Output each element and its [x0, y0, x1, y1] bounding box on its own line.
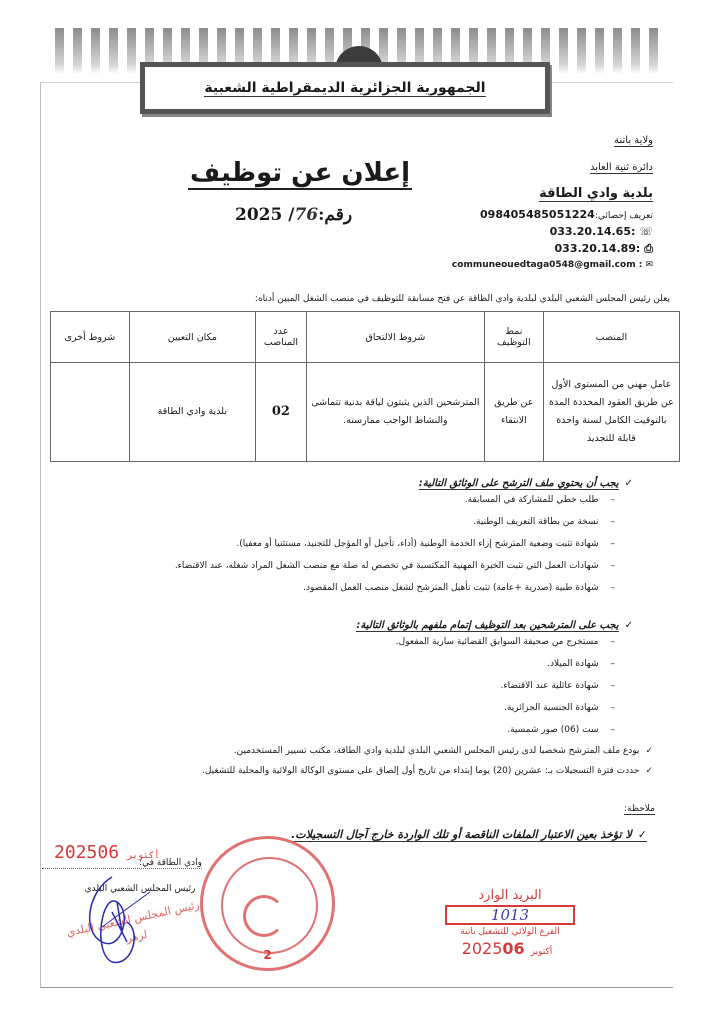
cell-conditions: المترشحين الذين يثبتون لياقة بدنية تتماش… [306, 363, 484, 462]
mail-stamp-number: 1013 [445, 905, 575, 925]
republic-banner: الجمهورية الجزائرية الديمقراطية الشعبية [140, 62, 550, 114]
post-hire-docs-heading: يجب على المترشحين بعد التوظيف إتمام ملفه… [356, 620, 618, 632]
col-location: مكان التعيين [129, 312, 255, 363]
page-title: إعلان عن توظيف [185, 158, 415, 188]
cell-location: بلدية وادي الطاقة [129, 363, 255, 462]
issuer-block: ولاية باتنة دائرة ثنية العابد بلدية وادي… [433, 128, 653, 274]
stat-id: 098405485051224 [480, 208, 595, 221]
seal-number: 2 [203, 948, 332, 962]
list-item: طلب خطي للمشاركة في المسابقة. [175, 495, 615, 517]
cell-count: 02 [255, 363, 306, 462]
check-icon: ✓ [645, 746, 653, 756]
col-conditions: شروط الالتحاق [306, 312, 484, 363]
announcement-intro: يعلن رئيس المجلس الشعبي البلدي لبلدية وا… [110, 294, 670, 304]
mail-stamp-date: 2025أكتوبر06 [445, 939, 575, 958]
place-date-line: وادي الطاقة في: [42, 858, 202, 869]
stat-id-row: تعريف إحصائي:098405485051224 [433, 208, 653, 221]
positions-table: المنصب نمط التوظيف شروط الالتحاق عدد الم… [50, 311, 680, 462]
col-mode: نمط التوظيف [484, 312, 543, 363]
check-icon: ✓ [625, 478, 633, 489]
email-address: communeouedtaga0548@gmail.com : [452, 260, 642, 270]
phone-row: ☏ 033.20.14.65: [433, 225, 653, 238]
fax-row: ⎙ 033.20.14.89: [433, 242, 653, 256]
fax-icon: ⎙ [644, 242, 653, 255]
cell-other [51, 363, 130, 462]
check-icon: ✓ [645, 766, 653, 776]
application-docs-heading: يجب أن يحتوي ملف الترشح على الوثائق التا… [419, 478, 619, 490]
wilaya: ولاية باتنة [614, 135, 653, 147]
table-row: عامل مهني من المستوى الأول عن طريق العقو… [51, 363, 680, 462]
handwritten-signature-icon [82, 872, 152, 967]
list-item: نسخة من بطاقة التعريف الوطنية. [175, 517, 615, 539]
commune: بلدية وادي الطاقة [539, 186, 653, 202]
mail-stamp-branch: الفرع الولائي للتشغيل باتنة [445, 927, 575, 937]
crescent-icon [243, 895, 285, 937]
mail-stamp-title: البريد الوارد [445, 888, 575, 903]
fax-number: 033.20.14.89: [555, 242, 641, 255]
incoming-mail-stamp: البريد الوارد 1013 الفرع الولائي للتشغيل… [445, 888, 575, 958]
remark-label: ملاحظة: [624, 804, 655, 815]
republic-title: الجمهورية الجزائرية الديمقراطية الشعبية [204, 80, 485, 97]
note-item: يودع ملف المترشح شخصيا لدى رئيس المجلس ا… [234, 746, 640, 756]
list-item: شهادة عائلية عند الاقتضاء. [356, 681, 615, 703]
list-item: شهادة تثبت وضعية المترشح إزاء الخدمة الو… [175, 539, 615, 561]
cell-position: عامل مهني من المستوى الأول عن طريق العقو… [543, 363, 679, 462]
col-other: شروط أخرى [51, 312, 130, 363]
list-item: شهادة طبية (صدرية +عامة) تثبت تأهيل المت… [175, 583, 615, 605]
daira: دائرة ثنية العابد [590, 162, 653, 174]
list-item: شهادات العمل التي تثبت الخبرة المهنية ال… [175, 561, 615, 583]
cell-mode: عن طريق الانتقاء [484, 363, 543, 462]
list-item: ست (06) صور شمسية. [356, 725, 615, 747]
final-note: ✓لا تؤخذ بعين الاعتبار الملفات الناقصة أ… [291, 828, 647, 842]
col-count: عدد المناصب [255, 312, 306, 363]
submission-notes: ✓يودع ملف المترشح شخصيا لدى رئيس المجلس … [53, 746, 653, 786]
post-hire-docs-section: ✓يجب على المترشحين بعد التوظيف إتمام ملف… [356, 620, 633, 747]
note-item: حددت فترة التسجيلات بـ: عشرين (20) يوما … [202, 766, 639, 776]
list-item: مستخرج من صحيفة السوابق القضائية سارية ا… [356, 637, 615, 659]
phone-number: 033.20.14.65: [550, 225, 636, 238]
col-position: المنصب [543, 312, 679, 363]
check-icon: ✓ [625, 620, 633, 631]
phone-icon: ☏ [639, 225, 653, 238]
email-row: ✉ communeouedtaga0548@gmail.com : [433, 260, 653, 270]
application-docs-section: ✓يجب أن يحتوي ملف الترشح على الوثائق الت… [175, 478, 633, 605]
official-seal: 2 [200, 836, 335, 971]
mail-icon: ✉ [645, 260, 653, 270]
check-icon: ✓ [638, 828, 647, 841]
table-header-row: المنصب نمط التوظيف شروط الالتحاق عدد الم… [51, 312, 680, 363]
list-item: شهادة الجنسية الجزائرية. [356, 703, 615, 725]
reference-number: رقم:76/ 2025 [235, 205, 352, 225]
list-item: شهادة الميلاد. [356, 659, 615, 681]
